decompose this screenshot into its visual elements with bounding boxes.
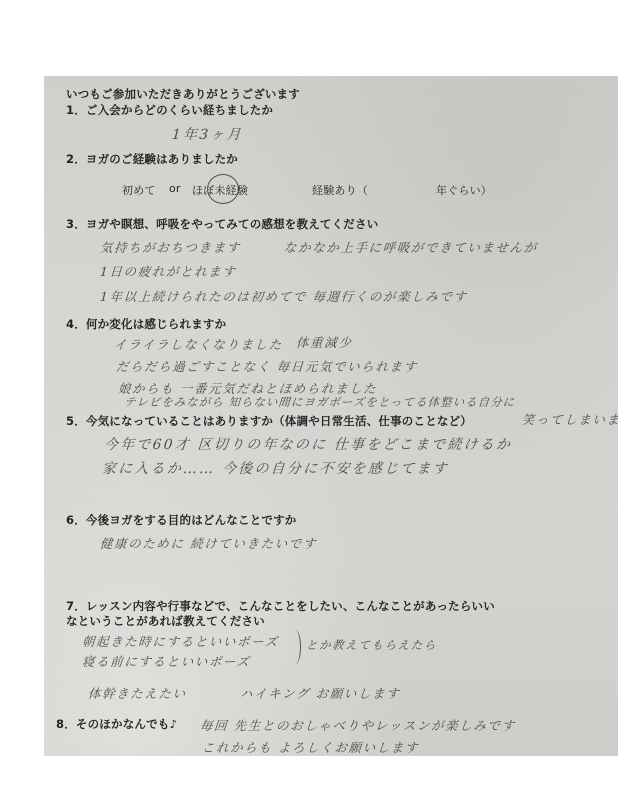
questionnaire-sheet: いつもご参加いただきありがとうございます 1．ご入会からどのくらい経ちましたか … [44,76,618,756]
question-3-answer-line-4: 1年以上続けられたのは初めてで 毎週行くのが楽しみです [99,287,468,305]
question-8-answer-line-1: 毎回 先生とのおしゃべりやレッスンが楽しみです [199,716,516,734]
question-8-answer-line-2: これからも よろしくお願いします [201,738,419,756]
question-4-label: 4．何か変化は感じられますか [66,316,226,332]
question-3-answer-line-1: 気持ちがおちつきます [99,238,241,256]
question-7-label-line-2: なということがあれば教えてください [66,613,265,629]
option-years-suffix: 年ぐらい） [436,182,492,198]
question-7-answer-line-4: 体幹きたえたい [87,684,187,702]
question-4-answer-line-3: だらだら過ごすことなく 毎日元気でいられます [115,357,418,375]
question-3-answer-line-3: 1日の疲れがとれます [99,262,237,280]
question-4-answer-line-5: テレビをみながら 知らない間にヨガポーズをとってる体整いる自分に [123,394,515,410]
question-1-label: 1．ご入会からどのくらい経ちましたか [66,102,273,118]
handwritten-bracket-mark [290,630,301,664]
question-3-answer-line-2: なかなか上手に呼吸ができていませんが [283,238,538,256]
question-2-label: 2．ヨガのご経験はありましたか [66,151,238,167]
question-4-answer-line-2: 体重減少 [295,333,353,351]
option-first-time[interactable]: 初めて [122,182,156,198]
greeting-text: いつもご参加いただきありがとうございます [66,86,300,102]
question-7-answer-line-1: 朝起きた時にするといいポーズ [81,632,279,650]
question-7-answer-line-3: とか教えてもらえたら [305,637,437,653]
question-3-label: 3．ヨガや瞑想、呼吸をやってみての感想を教えてください [66,216,378,232]
question-1-answer: 1年3ヶ月 [171,124,243,144]
question-7-answer-line-2: 寝る前にするといいポーズ [81,652,251,670]
question-8-label: 8．そのほかなんでも♪ [56,716,177,732]
option-or-text: or [169,182,181,195]
question-4-answer-line-6: 笑ってしまいます [521,410,618,428]
question-5-label: 5．今気になっていることはありますか（体調や日常生活、仕事のことなど） [66,413,472,429]
option-experienced[interactable]: 経験あり（ [312,182,368,198]
question-6-answer: 健康のために 続けていきたいです [99,534,317,552]
question-7-label-line-1: 7．レッスン内容や行事などで、こんなことをしたい、こんなことがあったらいい [66,598,495,614]
question-5-answer-line-1: 今年で60才 区切りの年なのに 仕事をどこまで続けるか [103,434,513,454]
question-4-answer-line-1: イライラしなくなりました [113,335,283,353]
question-5-answer-line-2: 家に入るか…… 今後の自分に不安を感じてます [101,458,449,478]
question-6-label: 6．今後ヨガをする目的はどんなことですか [66,512,297,528]
question-7-answer-line-5: ハイキング お願いします [239,684,401,702]
selection-circle-mark [207,174,239,204]
